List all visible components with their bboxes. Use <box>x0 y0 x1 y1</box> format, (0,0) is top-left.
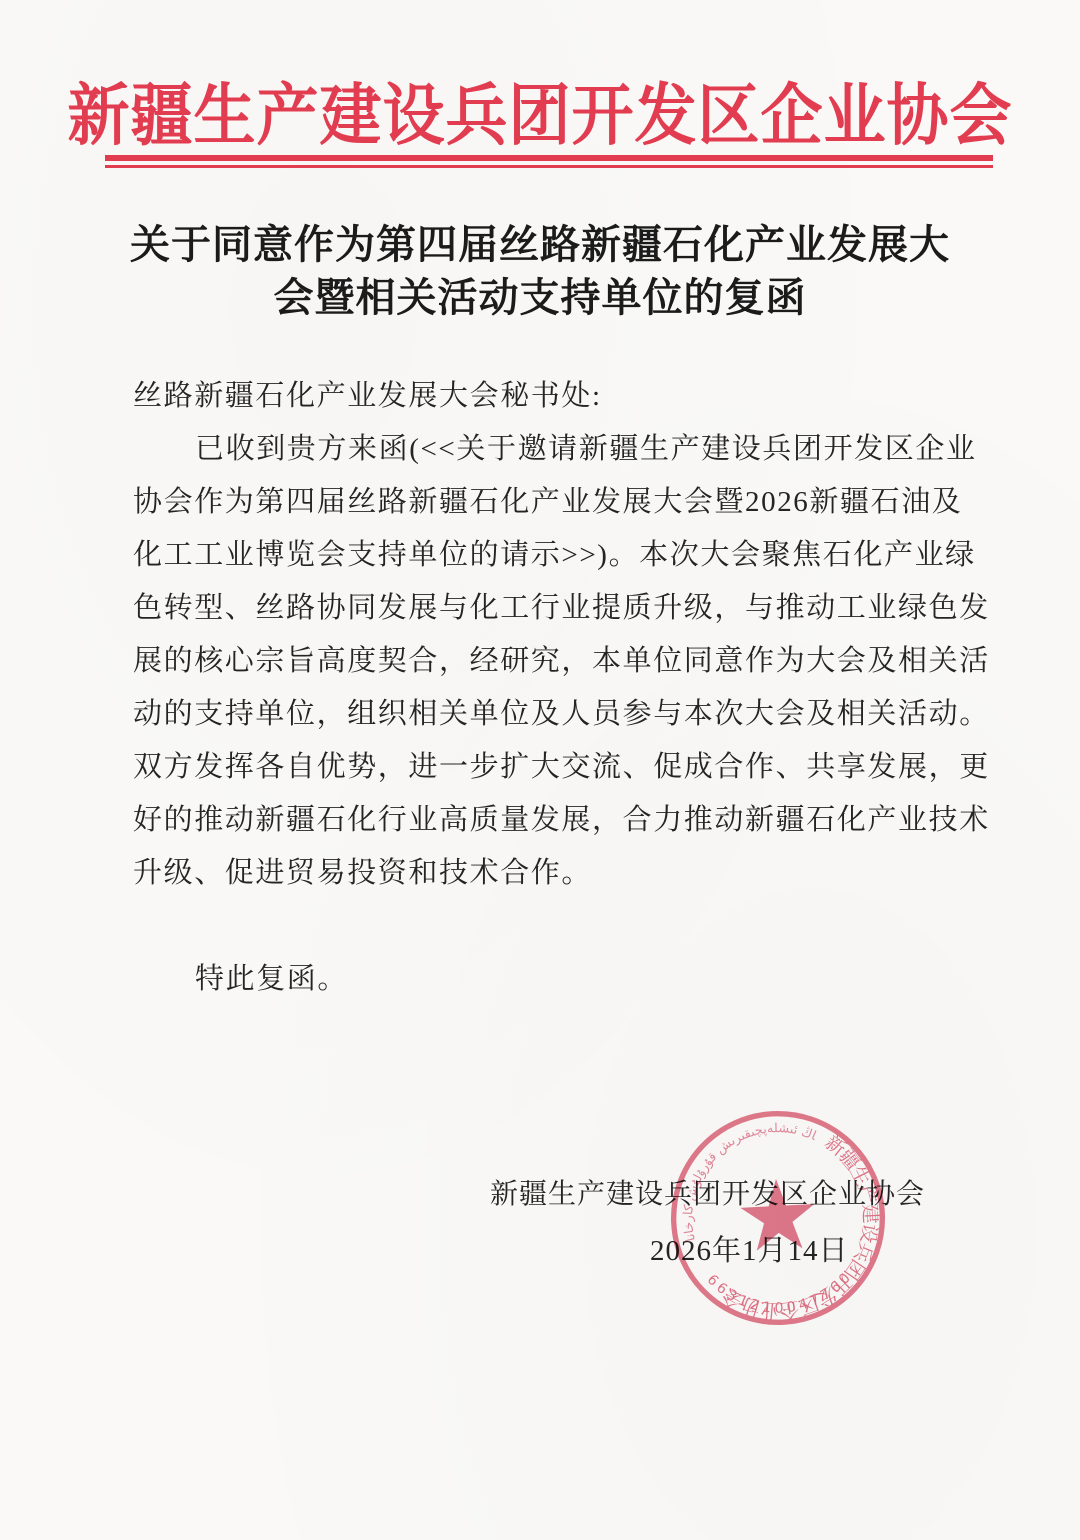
letterhead-org-name: 新疆生产建设兵团开发区企业协会 <box>0 62 1080 158</box>
letterhead-separator-thick-line <box>105 155 993 161</box>
body-line: 双方发挥各自优势，进一步扩大交流、促成合作、共享发展，更 <box>133 741 993 794</box>
letter-document-page: 新疆生产建设兵团开发区企业协会 关于同意作为第四届丝路新疆石化产业发展大 会暨相… <box>0 0 1080 1540</box>
body-line: 升级、促进贸易投资和技术合作。 <box>133 847 993 900</box>
salutation-line: 丝路新疆石化产业发展大会秘书处: <box>133 370 993 423</box>
official-round-seal: 新疆生产建设兵团开发区企业协会 شىنجاڭ ئىشلەپچىقىرىش قۇر… <box>655 1095 901 1341</box>
body-line: 协会作为第四届丝路新疆石化产业发展大会暨2026新疆石油及 <box>133 476 993 529</box>
document-title-line1: 关于同意作为第四届丝路新疆石化产业发展大 <box>0 218 1080 271</box>
body-line: 动的支持单位，组织相关单位及人员参与本次大会及相关活动。 <box>133 688 993 741</box>
body-line: 色转型、丝路协同发展与化工行业提质升级，与推动工业绿色发 <box>133 582 993 635</box>
body-line: 化工工业博览会支持单位的请示>>)。本次大会聚焦石化产业绿 <box>133 529 993 582</box>
body-line: 已收到贵方来函(<<关于邀请新疆生产建设兵团开发区企业 <box>133 423 993 476</box>
document-title: 关于同意作为第四届丝路新疆石化产业发展大 会暨相关活动支持单位的复函 <box>0 218 1080 324</box>
letter-body: 丝路新疆石化产业发展大会秘书处: 已收到贵方来函(<<关于邀请新疆生产建设兵团开… <box>133 370 993 1006</box>
body-line: 好的推动新疆石化行业高质量发展，合力推动新疆石化产业技术 <box>133 794 993 847</box>
body-line: 展的核心宗旨高度契合，经研究，本单位同意作为大会及相关活 <box>133 635 993 688</box>
seal-star-icon <box>739 1177 817 1251</box>
letterhead-separator-thin-line <box>105 165 993 168</box>
closing-phrase: 特此复函。 <box>133 953 993 1006</box>
document-title-line2: 会暨相关活动支持单位的复函 <box>0 271 1080 324</box>
